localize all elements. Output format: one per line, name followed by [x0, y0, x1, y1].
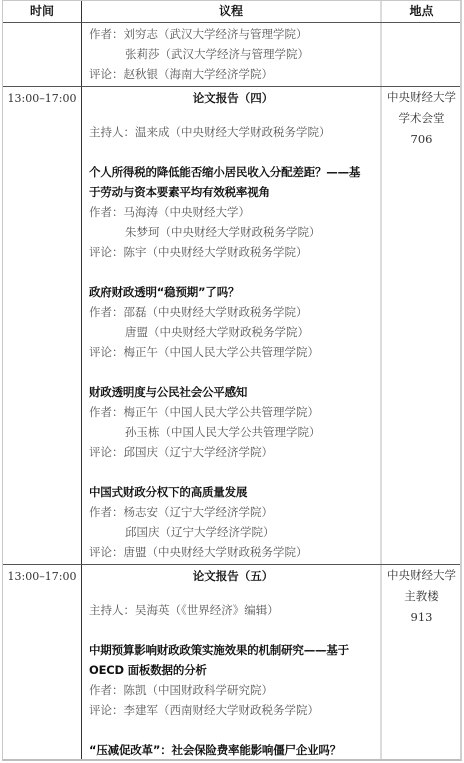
venue-line: 中央财经大学 — [382, 565, 461, 586]
paper-item: 财政透明度与公民社会公平感知 作者：梅正午（中国人民大学公共管理学院） 孙玉栋（… — [89, 382, 377, 462]
venue-line: 706 — [382, 129, 461, 150]
person: 赵秋银（海南大学经济学院） — [124, 67, 274, 81]
paper-item: 中国式财政分权下的高质量发展 作者：杨志安（辽宁大学经济学院） 邱国庆（辽宁大学… — [89, 482, 377, 562]
role-label: 作者： — [89, 27, 124, 41]
venue-line: 主教楼 — [382, 586, 461, 607]
person: 唐盟（中央财经大学财政税务学院） — [125, 325, 309, 339]
person: 朱梦珂（中央财经大学财政税务学院） — [125, 225, 321, 239]
paper-title: “压减促改革”：社会保险费率能影响僵尸企业吗？ — [89, 740, 377, 760]
header-divider — [3, 22, 460, 23]
host-line: 主持人：温来成（中央财经大学财政税务学院） — [89, 122, 377, 142]
paper-item: “压减促改革”：社会保险费率能影响僵尸企业吗？ — [89, 740, 377, 760]
continuation-agenda: 作者：刘穷志（武汉大学经济与管理学院） 张莉莎（武汉大学经济与管理学院） 评论：… — [89, 24, 377, 84]
author-line: 作者：梅正午（中国人民大学公共管理学院） — [89, 402, 377, 422]
person: 唐盟（中央财经大学财政税务学院） — [124, 545, 308, 559]
session-time: 13:00–17:00 — [3, 567, 81, 587]
discussant-line: 评论：唐盟（中央财经大学财政税务学院） — [89, 542, 377, 562]
discussant-line: 评论：邱国庆（辽宁大学经济学院） — [89, 442, 377, 462]
session-agenda: 论文报告（四） 主持人：温来成（中央财经大学财政税务学院） 个人所得税的降低能否… — [89, 88, 377, 562]
paper-item: 政府财政透明“稳预期”了吗？ 作者：邵磊（中央财经大学财政税务学院） 唐盟（中央… — [89, 282, 377, 362]
session-agenda: 论文报告（五） 主持人：吴海英（《世界经济》编辑） 中期预算影响财政政策实施效果… — [89, 566, 377, 760]
person: 梅正午（中国人民大学公共管理学院） — [124, 405, 320, 419]
author-line: 张莉莎（武汉大学经济与管理学院） — [89, 44, 377, 64]
session-time: 13:00–17:00 — [3, 89, 81, 109]
paper-title: 中国式财政分权下的高质量发展 — [89, 482, 377, 502]
author-line: 作者：杨志安（辽宁大学经济学院） — [89, 502, 377, 522]
person: 陈宇（中央财经大学财政税务学院） — [124, 245, 308, 259]
person: 邱国庆（辽宁大学经济学院） — [125, 525, 275, 539]
paper-item: 中期预算影响财政政策实施效果的机制研究——基于 OECD 面板数据的分析 作者：… — [89, 640, 377, 720]
header-time: 时间 — [3, 1, 81, 21]
paper-item: 个人所得税的降低能否缩小居民收入分配差距？——基 于劳动与资本要素平均有效税率视… — [89, 162, 377, 262]
paper-title: 个人所得税的降低能否缩小居民收入分配差距？——基 — [89, 162, 377, 182]
person: 张莉莎（武汉大学经济与管理学院） — [125, 47, 309, 61]
session-venue: 中央财经大学 学术会堂 706 — [382, 87, 461, 150]
role-label: 作者： — [89, 683, 124, 697]
author-line: 作者：邵磊（中央财经大学财政税务学院） — [89, 302, 377, 322]
role-label: 评论： — [89, 703, 124, 717]
paper-title: 政府财政透明“稳预期”了吗？ — [89, 282, 377, 302]
author-line: 邱国庆（辽宁大学经济学院） — [89, 522, 377, 542]
column-divider-time — [81, 1, 82, 759]
role-label: 评论： — [89, 345, 124, 359]
session-title: 论文报告（四） — [89, 88, 377, 108]
person: 陈凯（中国财政科学研究院） — [124, 683, 274, 697]
agenda-table: 时间 议程 地点 作者：刘穷志（武汉大学经济与管理学院） 张莉莎（武汉大学经济与… — [2, 0, 462, 761]
role-label: 评论： — [89, 545, 124, 559]
venue-line: 中央财经大学 — [382, 87, 461, 108]
paper-title: 于劳动与资本要素平均有效税率视角 — [89, 182, 377, 202]
role-label: 作者： — [89, 305, 124, 319]
discussant-line: 评论：陈宇（中央财经大学财政税务学院） — [89, 242, 377, 262]
person: 杨志安（辽宁大学经济学院） — [124, 505, 274, 519]
host-line: 主持人：吴海英（《世界经济》编辑） — [89, 600, 377, 620]
header-agenda: 议程 — [82, 1, 380, 21]
author-line: 作者：刘穷志（武汉大学经济与管理学院） — [89, 24, 377, 44]
author-line: 作者：马海涛（中央财经大学） — [89, 202, 377, 222]
person: 孙玉栋（中国人民大学公共管理学院） — [125, 425, 321, 439]
role-label: 评论： — [89, 67, 124, 81]
author-line: 朱梦珂（中央财经大学财政税务学院） — [89, 222, 377, 242]
discussant-line: 评论：赵秋银（海南大学经济学院） — [89, 64, 377, 84]
person: 梅正午（中国人民大学公共管理学院） — [124, 345, 320, 359]
person: 邵磊（中央财经大学财政税务学院） — [124, 305, 308, 319]
role-label: 作者： — [89, 405, 124, 419]
role-label: 评论： — [89, 245, 124, 259]
paper-title: OECD 面板数据的分析 — [89, 660, 377, 680]
person: 刘穷志（武汉大学经济与管理学院） — [124, 27, 308, 41]
discussant-line: 评论：梅正午（中国人民大学公共管理学院） — [89, 342, 377, 362]
role-label: 评论： — [89, 445, 124, 459]
venue-line: 913 — [382, 607, 461, 628]
session-title: 论文报告（五） — [89, 566, 377, 586]
person: 马海涛（中央财经大学） — [124, 205, 251, 219]
author-line: 作者：陈凯（中国财政科学研究院） — [89, 680, 377, 700]
discussant-line: 评论：李建军（西南财经大学财政税务学院） — [89, 700, 377, 720]
session-venue: 中央财经大学 主教楼 913 — [382, 565, 461, 628]
venue-line: 学术会堂 — [382, 108, 461, 129]
author-line: 唐盟（中央财经大学财政税务学院） — [89, 322, 377, 342]
paper-title: 财政透明度与公民社会公平感知 — [89, 382, 377, 402]
role-label: 作者： — [89, 205, 124, 219]
author-line: 孙玉栋（中国人民大学公共管理学院） — [89, 422, 377, 442]
role-label: 作者： — [89, 505, 124, 519]
person: 李建军（西南财经大学财政税务学院） — [124, 703, 320, 717]
paper-title: 中期预算影响财政政策实施效果的机制研究——基于 — [89, 640, 377, 660]
header-venue: 地点 — [382, 1, 461, 21]
person: 邱国庆（辽宁大学经济学院） — [124, 445, 274, 459]
